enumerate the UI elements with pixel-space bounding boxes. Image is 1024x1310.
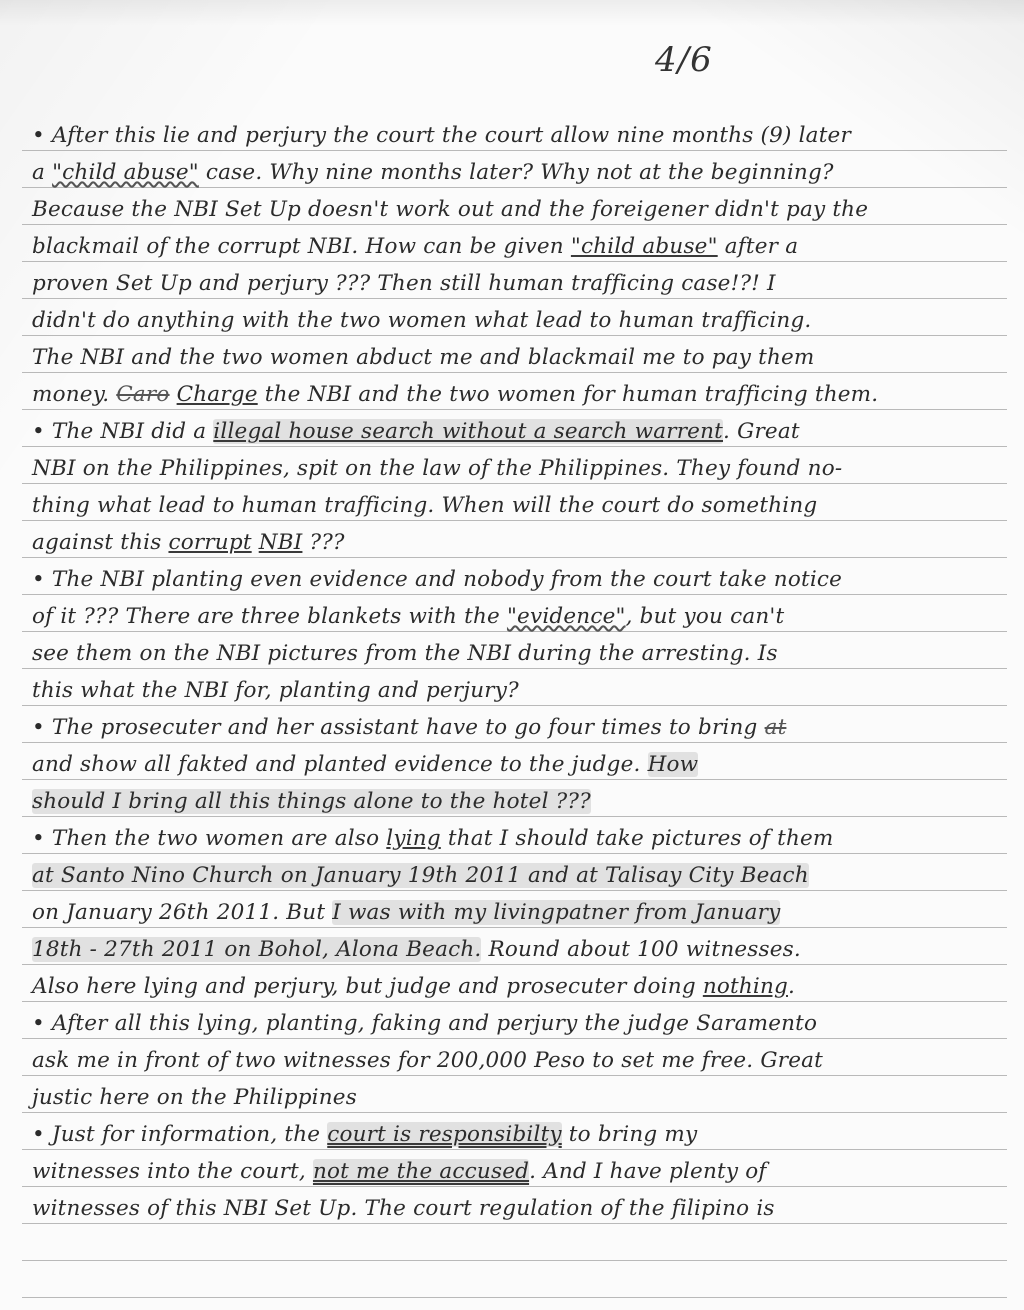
text-segment: Because the NBI Set Up doesn't work out … xyxy=(32,197,868,222)
text-segment: against this xyxy=(32,530,168,555)
text-line: blackmail of the corrupt NBI. How can be… xyxy=(32,228,1012,265)
emphasized-text: Caro xyxy=(116,382,169,407)
emphasized-text: lying xyxy=(386,826,441,851)
text-segment: NBI on the Philippines, spit on the law … xyxy=(32,456,842,481)
text-line: • The NBI planting even evidence and nob… xyxy=(32,561,1012,598)
text-segment: . Great xyxy=(723,419,800,444)
text-segment: ??? xyxy=(302,530,344,555)
text-segment: witnesses into the court, xyxy=(32,1159,313,1184)
text-line: • Then the two women are also lying that… xyxy=(32,820,1012,857)
text-line: • After all this lying, planting, faking… xyxy=(32,1005,1012,1042)
text-segment: didn't do anything with the two women wh… xyxy=(32,308,811,333)
text-segment: Also here lying and perjury, but judge a… xyxy=(32,974,703,999)
text-line: witnesses into the court, not me the acc… xyxy=(32,1153,1012,1190)
ruled-line xyxy=(22,1297,1007,1298)
text-segment: blackmail of the corrupt NBI. How can be… xyxy=(32,234,571,259)
emphasized-text: at Santo Nino Church on January 19th 201… xyxy=(32,863,809,888)
emphasized-text: at xyxy=(765,715,787,740)
text-line: justic here on the Philippines xyxy=(32,1079,1012,1116)
text-segment: a xyxy=(32,160,52,185)
text-segment xyxy=(252,530,259,555)
text-segment: • After all this lying, planting, faking… xyxy=(32,1011,817,1036)
text-line: Because the NBI Set Up doesn't work out … xyxy=(32,191,1012,228)
text-line: of it ??? There are three blankets with … xyxy=(32,598,1012,635)
text-segment: . xyxy=(788,974,795,999)
text-line: a "child abuse" case. Why nine months la… xyxy=(32,154,1012,191)
text-segment: • The prosecuter and her assistant have … xyxy=(32,715,765,740)
text-segment: and show all fakted and planted evidence… xyxy=(32,752,648,777)
text-line: • The prosecuter and her assistant have … xyxy=(32,709,1012,746)
emphasized-text: illegal house search without a search wa… xyxy=(213,419,723,444)
text-segment xyxy=(170,382,177,407)
text-segment: money. xyxy=(32,382,116,407)
text-line: on January 26th 2011. But I was with my … xyxy=(32,894,1012,931)
emphasized-text: court is responsibilty xyxy=(327,1122,562,1147)
emphasized-text: 18th - 27th 2011 on Bohol, Alona Beach. xyxy=(32,937,481,962)
text-segment: after a xyxy=(718,234,799,259)
scanned-page: 4/6 • After this lie and perjury the cou… xyxy=(0,0,1024,1310)
text-line: • Just for information, the court is res… xyxy=(32,1116,1012,1153)
text-segment: on January 26th 2011. But xyxy=(32,900,332,925)
emphasized-text: not me the accused xyxy=(313,1159,529,1184)
text-line: thing what lead to human trafficing. Whe… xyxy=(32,487,1012,524)
page-number: 4/6 xyxy=(655,40,713,80)
text-segment: • After this lie and perjury the court t… xyxy=(32,123,851,148)
text-line: • The NBI did a illegal house search wit… xyxy=(32,413,1012,450)
text-segment: that I should take pictures of them xyxy=(441,826,834,851)
text-line: NBI on the Philippines, spit on the law … xyxy=(32,450,1012,487)
text-line: The NBI and the two women abduct me and … xyxy=(32,339,1012,376)
text-line: at Santo Nino Church on January 19th 201… xyxy=(32,857,1012,894)
text-segment: • Then the two women are also xyxy=(32,826,386,851)
scan-shadow xyxy=(0,0,1024,26)
text-segment: this what the NBI for, planting and perj… xyxy=(32,678,519,703)
text-line: Also here lying and perjury, but judge a… xyxy=(32,968,1012,1005)
emphasized-text: "evidence" xyxy=(507,604,626,629)
text-line: witnesses of this NBI Set Up. The court … xyxy=(32,1190,1012,1227)
text-segment: of it ??? There are three blankets with … xyxy=(32,604,507,629)
emphasized-text: Charge xyxy=(177,382,258,407)
text-segment: thing what lead to human trafficing. Whe… xyxy=(32,493,817,518)
text-line: didn't do anything with the two women wh… xyxy=(32,302,1012,339)
text-segment: see them on the NBI pictures from the NB… xyxy=(32,641,778,666)
text-segment: witnesses of this NBI Set Up. The court … xyxy=(32,1196,775,1221)
emphasized-text: corrupt xyxy=(168,530,251,555)
text-segment: • Just for information, the xyxy=(32,1122,327,1147)
text-segment: to bring my xyxy=(562,1122,698,1147)
emphasized-text: How xyxy=(648,752,699,777)
text-segment: ask me in front of two witnesses for 200… xyxy=(32,1048,823,1073)
text-segment: case. Why nine months later? Why not at … xyxy=(199,160,834,185)
emphasized-text: "child abuse" xyxy=(571,234,718,259)
text-line: this what the NBI for, planting and perj… xyxy=(32,672,1012,709)
text-line: 18th - 27th 2011 on Bohol, Alona Beach. … xyxy=(32,931,1012,968)
text-segment: . And I have plenty of xyxy=(529,1159,766,1184)
text-segment: Round about 100 witnesses. xyxy=(481,937,801,962)
text-line: • After this lie and perjury the court t… xyxy=(32,117,1012,154)
text-line: ask me in front of two witnesses for 200… xyxy=(32,1042,1012,1079)
emphasized-text: NBI xyxy=(259,530,303,555)
ruled-line xyxy=(22,1260,1007,1261)
text-segment: , but you can't xyxy=(626,604,785,629)
text-line: should I bring all this things alone to … xyxy=(32,783,1012,820)
text-line: money. Caro Charge the NBI and the two w… xyxy=(32,376,1012,413)
text-line: against this corrupt NBI ??? xyxy=(32,524,1012,561)
emphasized-text: "child abuse" xyxy=(52,160,199,185)
text-segment: • The NBI did a xyxy=(32,419,213,444)
text-line: and show all fakted and planted evidence… xyxy=(32,746,1012,783)
text-segment: The NBI and the two women abduct me and … xyxy=(32,345,815,370)
text-segment: proven Set Up and perjury ??? Then still… xyxy=(32,271,776,296)
emphasized-text: nothing xyxy=(703,974,788,999)
text-segment: • The NBI planting even evidence and nob… xyxy=(32,567,842,592)
text-line: see them on the NBI pictures from the NB… xyxy=(32,635,1012,672)
emphasized-text: should I bring all this things alone to … xyxy=(32,789,591,814)
text-segment: the NBI and the two women for human traf… xyxy=(258,382,879,407)
text-segment: justic here on the Philippines xyxy=(32,1085,357,1110)
text-line: proven Set Up and perjury ??? Then still… xyxy=(32,265,1012,302)
emphasized-text: I was with my livingpatner from January xyxy=(332,900,780,925)
